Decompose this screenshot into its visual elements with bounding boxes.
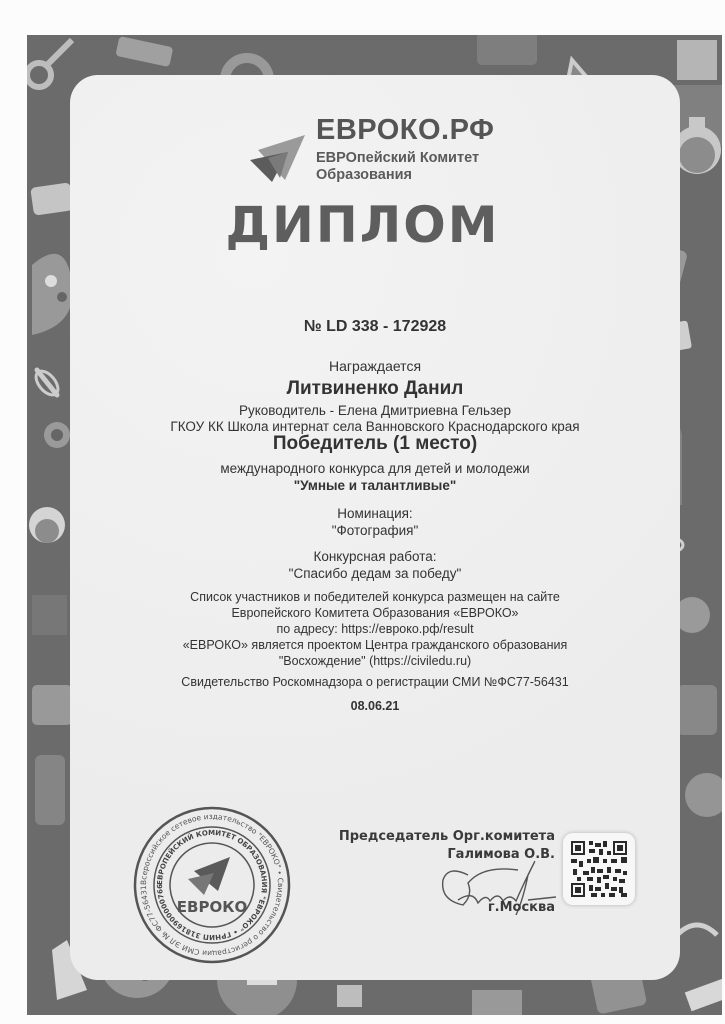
place: Победитель (1 место) [70, 433, 680, 455]
info-line: "Восхождение" (https://civiledu.ru) [70, 654, 680, 668]
work-label: Конкурсная работа: [70, 549, 680, 564]
nomination-label: Номинация: [70, 506, 680, 521]
signatory-title: Председатель Орг.комитета [330, 828, 555, 846]
work-value: "Спасибо дедам за победу" [70, 566, 680, 581]
contest-description: международного конкурса для детей и моло… [70, 461, 680, 476]
logo-subtitle-line2: Образования [316, 167, 479, 184]
svg-text:ЕВРОКО: ЕВРОКО [177, 898, 247, 916]
contest-name: "Умные и талантливые" [70, 478, 680, 493]
logo-title: ЕВРОКО.РФ [316, 114, 494, 147]
info-line: «ЕВРОКО» является проектом Центра гражда… [70, 638, 680, 652]
issue-date: 08.06.21 [70, 699, 680, 713]
info-line: Список участников и победителей конкурса… [70, 590, 680, 604]
official-stamp: Всероссийское сетевое издательство "ЕВРО… [132, 805, 292, 965]
registration: Свидетельство Роскомнадзора о регистраци… [70, 675, 680, 689]
stamp-seal-icon: Всероссийское сетевое издательство "ЕВРО… [132, 805, 292, 965]
diploma-number: № LD 338 - 172928 [70, 318, 680, 336]
school: ГКОУ КК Школа интернат села Ванновского … [70, 419, 680, 434]
awarded-label: Награждается [70, 358, 680, 374]
evroko-logo: ЕВРОКО.РФ ЕВРОпейский Комитет Образовани… [250, 112, 550, 192]
city: г.Москва [470, 900, 555, 915]
recipient-name: Литвиненко Данил [70, 378, 680, 400]
info-line: по адресу: https://евроко.рф/result [70, 622, 680, 636]
info-line: Европейского Комитета Образования «ЕВРОК… [70, 606, 680, 620]
logo-subtitle-line1: ЕВРОпейский Комитет [316, 150, 479, 167]
qr-code-icon [571, 841, 627, 897]
logo-subtitle: ЕВРОпейский Комитет Образования [316, 150, 479, 184]
nomination-value: "Фотография" [70, 523, 680, 538]
qr-code[interactable] [563, 833, 635, 905]
document-title: ДИПЛОМ [0, 196, 725, 254]
supervisor: Руководитель - Елена Дмитриевна Гельзер [70, 403, 680, 418]
triangle-arrow-logo-icon [250, 130, 310, 185]
